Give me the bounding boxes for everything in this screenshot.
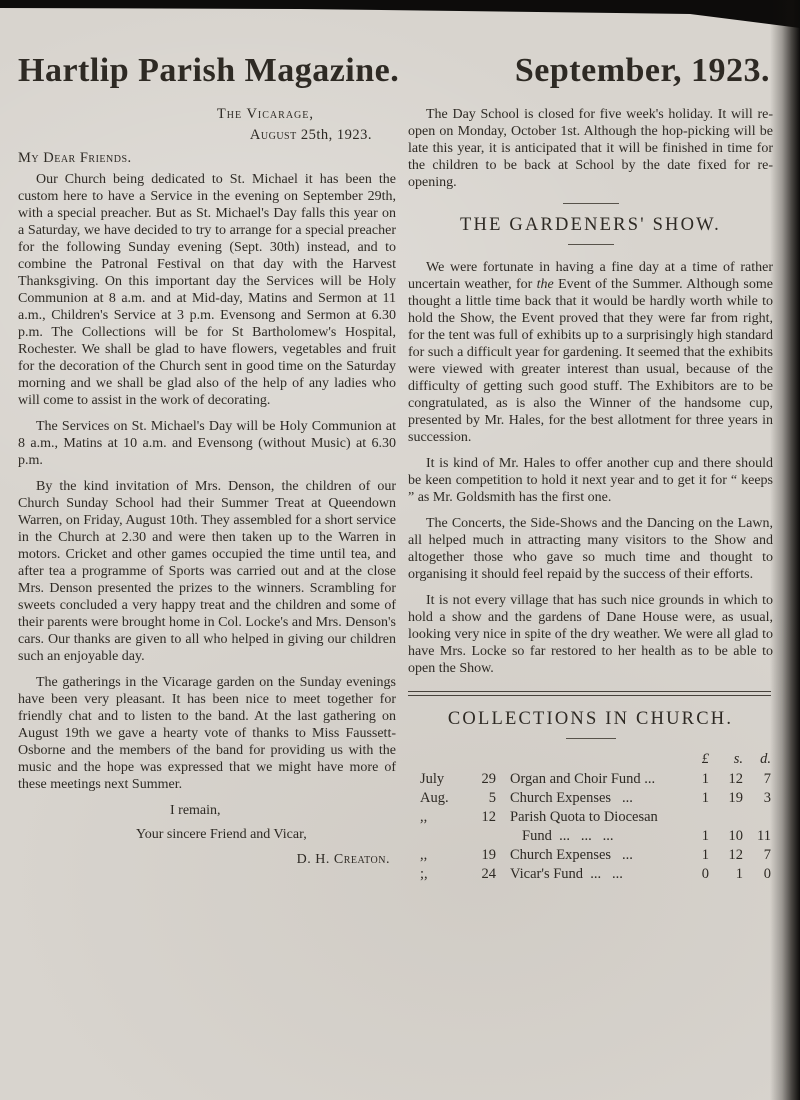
cell-pence: 3 xyxy=(743,789,773,808)
show-paragraph-italic: the xyxy=(537,277,554,292)
cell-day: 19 xyxy=(468,846,496,865)
cell-description: Church Expenses ... xyxy=(496,789,683,808)
show-paragraph: We were fortunate in having a fine day a… xyxy=(408,259,773,446)
table-row: July 29 Organ and Choir Fund ... 1 12 7 xyxy=(408,770,773,789)
cell-day: 24 xyxy=(468,865,496,884)
cell-pounds: 0 xyxy=(683,865,709,884)
table-row: ;, 24 Vicar's Fund ... ... 0 1 0 xyxy=(408,865,773,884)
show-paragraph: The Concerts, the Side-Shows and the Dan… xyxy=(408,515,773,583)
shillings-header: s. xyxy=(709,751,743,768)
cell-day xyxy=(468,827,496,846)
scan-edge-top xyxy=(0,0,800,30)
pence-header: d. xyxy=(743,751,773,768)
cell-description: Vicar's Fund ... ... xyxy=(496,865,683,884)
cell-pence xyxy=(743,808,773,827)
cell-pence: 0 xyxy=(743,865,773,884)
cell-pence: 7 xyxy=(743,770,773,789)
letter-column: The Vicarage, August 25th, 1923. My Dear… xyxy=(18,106,396,884)
collections-header-row: £ s. d. xyxy=(408,751,773,768)
cell-month: ,, xyxy=(408,808,468,827)
table-row: Fund ... ... ... 1 10 11 xyxy=(408,827,773,846)
cell-pounds: 1 xyxy=(683,770,709,789)
letter-date-rest: 25th, 1923. xyxy=(297,127,372,143)
letter-salutation: My Dear Friends. xyxy=(18,150,396,167)
letter-paragraph: The Services on St. Michael's Day will b… xyxy=(18,418,396,469)
letter-paragraph: Our Church being dedicated to St. Michae… xyxy=(18,171,396,409)
collections-table: £ s. d. July 29 Organ and Choir Fund ...… xyxy=(408,751,773,884)
cell-shillings: 1 xyxy=(709,865,743,884)
section-divider xyxy=(408,691,771,696)
cell-shillings: 19 xyxy=(709,789,743,808)
cell-month: ;, xyxy=(408,865,468,884)
cell-month xyxy=(408,827,468,846)
collections-heading: COLLECTIONS IN CHURCH. xyxy=(408,708,773,730)
cell-shillings: 12 xyxy=(709,846,743,865)
cell-shillings xyxy=(709,808,743,827)
cell-shillings: 10 xyxy=(709,827,743,846)
cell-description: Fund ... ... ... xyxy=(496,827,683,846)
letter-signature: D. H. Creaton. xyxy=(18,851,396,868)
cell-month: ,, xyxy=(408,846,468,865)
cell-pounds: 1 xyxy=(683,789,709,808)
cell-pence: 11 xyxy=(743,827,773,846)
cell-day: 29 xyxy=(468,770,496,789)
show-paragraph: It is kind of Mr. Hales to offer another… xyxy=(408,455,773,506)
cell-pence: 7 xyxy=(743,846,773,865)
cell-day: 5 xyxy=(468,789,496,808)
column-spacer xyxy=(468,751,496,768)
day-school-paragraph: The Day School is closed for five week's… xyxy=(408,106,773,191)
cell-pounds xyxy=(683,808,709,827)
cell-month: Aug. xyxy=(408,789,468,808)
letter-paragraph: The gatherings in the Vicarage garden on… xyxy=(18,674,396,793)
show-paragraph-text: Event of the Summer. Although some thoug… xyxy=(408,277,773,445)
table-row: Aug. 5 Church Expenses ... 1 19 3 xyxy=(408,789,773,808)
column-spacer xyxy=(496,751,683,768)
divider-rule xyxy=(563,203,619,204)
magazine-title: Hartlip Parish Magazine. xyxy=(18,52,399,90)
page-columns: The Vicarage, August 25th, 1923. My Dear… xyxy=(18,106,775,884)
news-column: The Day School is closed for five week's… xyxy=(408,106,773,884)
divider-rule xyxy=(566,738,616,739)
show-paragraph: It is not every village that has such ni… xyxy=(408,592,773,677)
pounds-header: £ xyxy=(683,751,709,768)
letter-dateline: August 25th, 1923. xyxy=(18,127,396,144)
column-spacer xyxy=(408,751,468,768)
table-row: ,, 19 Church Expenses ... 1 12 7 xyxy=(408,846,773,865)
magazine-page: Hartlip Parish Magazine. September, 1923… xyxy=(0,0,800,1100)
gardeners-show-heading: THE GARDENERS' SHOW. xyxy=(408,214,773,236)
letter-date-month: August xyxy=(250,127,297,143)
cell-pounds: 1 xyxy=(683,827,709,846)
scan-edge-right xyxy=(770,0,800,1100)
issue-date: September, 1923. xyxy=(515,52,770,90)
letter-address: The Vicarage, xyxy=(18,106,396,123)
masthead: Hartlip Parish Magazine. September, 1923… xyxy=(18,52,770,90)
table-row: ,, 12 Parish Quota to Diocesan xyxy=(408,808,773,827)
cell-day: 12 xyxy=(468,808,496,827)
letter-valediction: Your sincere Friend and Vicar, xyxy=(18,826,396,843)
cell-shillings: 12 xyxy=(709,770,743,789)
cell-description: Church Expenses ... xyxy=(496,846,683,865)
cell-month: July xyxy=(408,770,468,789)
letter-paragraph: By the kind invitation of Mrs. Denson, t… xyxy=(18,478,396,665)
letter-remain: I remain, xyxy=(18,802,396,819)
cell-pounds: 1 xyxy=(683,846,709,865)
cell-description: Parish Quota to Diocesan xyxy=(496,808,683,827)
divider-rule xyxy=(568,244,614,245)
cell-description: Organ and Choir Fund ... xyxy=(496,770,683,789)
